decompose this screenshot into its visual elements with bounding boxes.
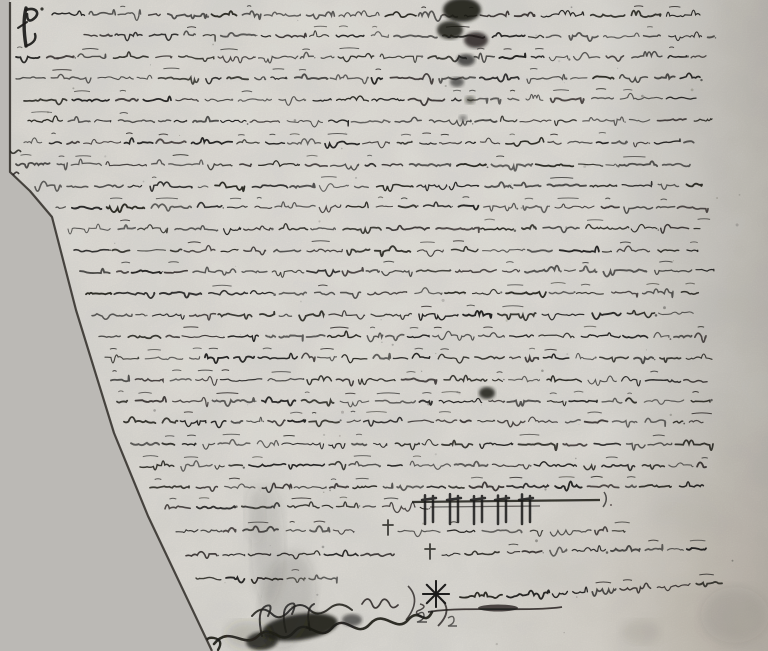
manuscript-photo — [0, 0, 768, 651]
manuscript-figure — [0, 0, 768, 651]
